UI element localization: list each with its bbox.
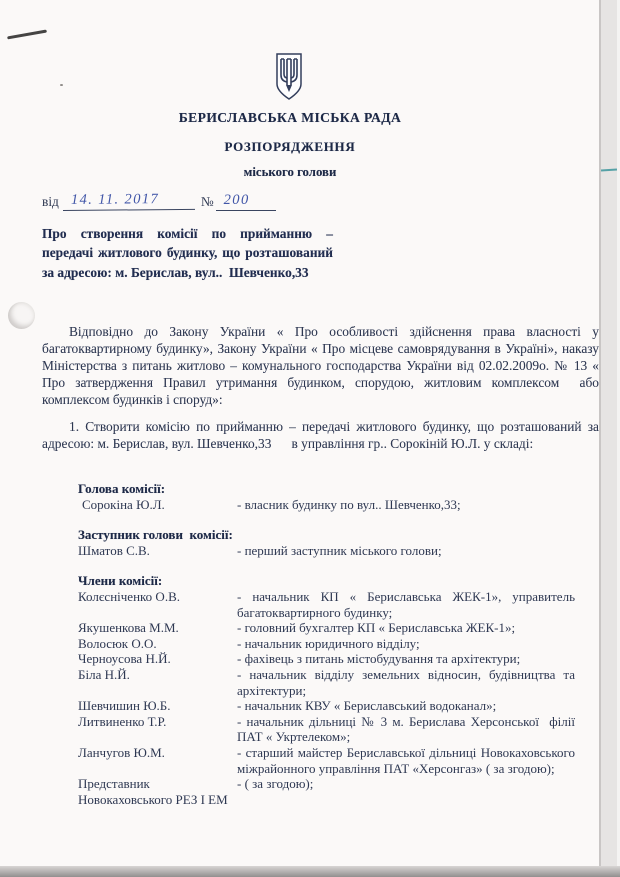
- committee-member-row: Черноусова Н.Й. - фахівець з питань міст…: [78, 651, 575, 667]
- member-name: Колєсніченко О.В.: [78, 589, 237, 605]
- member-description: - перший заступник міського голови;: [237, 543, 575, 559]
- ukraine-trident-emblem-icon: [273, 52, 305, 102]
- section-heading: Заступник голови комісії:: [78, 527, 575, 543]
- member-description: - ( за згодою);: [237, 776, 575, 792]
- member-description: - начальник КВУ « Бериславський водокана…: [237, 698, 575, 714]
- handwritten-date: 14. 11. 2017: [63, 191, 195, 211]
- committee-member-row: Волосюк О.О. - начальник юридичного відд…: [78, 636, 575, 652]
- committee-member-row: Шевчишин Ю.Б. - начальник КВУ « Берислав…: [78, 698, 575, 714]
- scan-speck: [60, 84, 63, 86]
- member-name: Шматов С.В.: [78, 543, 237, 559]
- member-name: Черноусова Н.Й.: [78, 651, 237, 667]
- member-description: - начальник юридичного відділу;: [237, 636, 575, 652]
- committee-section-head: Голова комісії: Сорокіна Ю.Л. - власник …: [78, 481, 575, 512]
- scan-bottom-edge: [0, 866, 620, 877]
- scan-right-margin: [601, 0, 617, 877]
- section-heading: Члени комісії:: [78, 573, 575, 589]
- committee-member-row: Якушенкова М.М. - головний бухгалтер КП …: [78, 620, 575, 636]
- member-name: Якушенкова М.М.: [78, 620, 237, 636]
- committee-member-row: Колєсніченко О.В. - начальник КП « Берис…: [78, 589, 575, 620]
- member-description: - головний бухгалтер КП « Бериславська Ж…: [237, 620, 575, 636]
- member-name: Сорокіна Ю.Л.: [78, 497, 237, 513]
- member-description: - старший майстер Бериславської дільниці…: [237, 745, 575, 776]
- member-description: - фахівець з питань містобудування та ар…: [237, 651, 575, 667]
- pen-corner-mark: [7, 30, 47, 40]
- member-name: Шевчишин Ю.Б.: [78, 698, 237, 714]
- hole-punch-shadow: [8, 302, 35, 329]
- member-name: Ланчугов Ю.М.: [78, 745, 237, 761]
- member-description: - начальник дільниці № 3 м. Берислава Хе…: [237, 714, 575, 745]
- date-from-label: від: [42, 194, 59, 211]
- scanned-document-page: БЕРИСЛАВСЬКА МІСЬКА РАДА РОЗПОРЯДЖЕННЯ м…: [0, 0, 620, 877]
- committee-list: Голова комісії: Сорокіна Ю.Л. - власник …: [78, 481, 575, 807]
- page-right-edge: [599, 0, 601, 877]
- date-number-line: від 14. 11. 2017 № 200: [42, 192, 276, 211]
- handwritten-number: 200: [216, 192, 276, 211]
- committee-member-row: Сорокіна Ю.Л. - власник будинку по вул..…: [78, 497, 575, 513]
- member-name: Представник Новокаховського РЕЗ І ЕМ: [78, 776, 237, 807]
- document-author-line: міського голови: [40, 165, 540, 180]
- committee-member-row: Представник Новокаховського РЕЗ І ЕМ - (…: [78, 776, 575, 807]
- member-description: - власник будинку по вул.. Шевченко,33;: [237, 497, 575, 513]
- member-name: Литвиненко Т.Р.: [78, 714, 237, 730]
- committee-member-row: Ланчугов Ю.М. - старший майстер Берислав…: [78, 745, 575, 776]
- committee-member-row: Біла Н.Й. - начальник відділу земельних …: [78, 667, 575, 698]
- organization-name: БЕРИСЛАВСЬКА МІСЬКА РАДА: [40, 110, 540, 126]
- member-description: - начальник КП « Бериславська ЖЕК-1», уп…: [237, 589, 575, 620]
- committee-member-row: Литвиненко Т.Р. - начальник дільниці № 3…: [78, 714, 575, 745]
- committee-member-row: Шматов С.В. - перший заступник міського …: [78, 543, 575, 559]
- member-description: - начальник відділу земельних відносин, …: [237, 667, 575, 698]
- legal-basis-paragraph: Відповідно до Закону України « Про особл…: [42, 323, 599, 408]
- document-subject: Про створення комісії по прийманню – пер…: [42, 224, 333, 282]
- committee-section-members: Члени комісії: Колєсніченко О.В. - начал…: [78, 573, 575, 807]
- member-name: Волосюк О.О.: [78, 636, 237, 652]
- section-heading: Голова комісії:: [78, 481, 575, 497]
- member-name: Біла Н.Й.: [78, 667, 237, 683]
- order-item-1-paragraph: 1. Створити комісію по прийманню – перед…: [42, 418, 599, 452]
- committee-section-deputy: Заступник голови комісії: Шматов С.В. - …: [78, 527, 575, 558]
- document-type-title: РОЗПОРЯДЖЕННЯ: [40, 139, 540, 155]
- number-label: №: [201, 194, 214, 211]
